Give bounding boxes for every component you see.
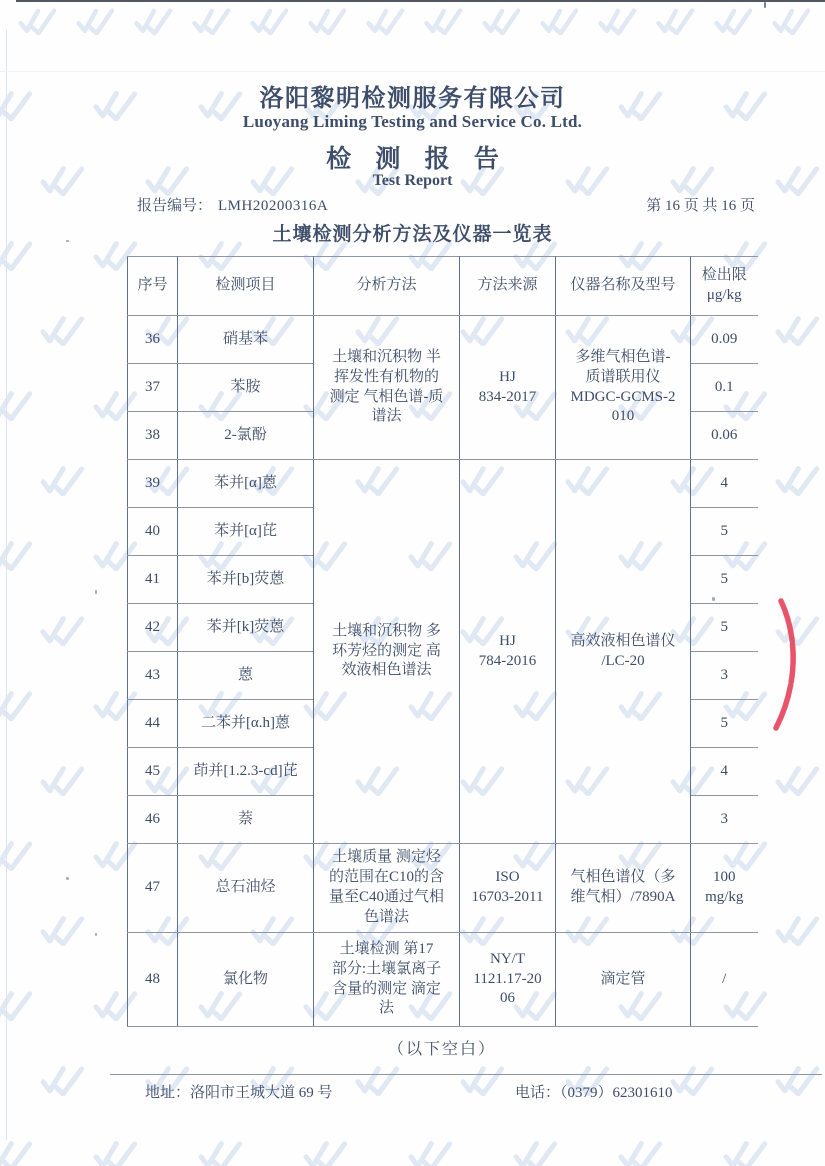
- cell-limit: 0.1: [691, 364, 758, 412]
- cell-method-merged: 土壤和沉积物 半 挥发性有机物的 测定 气相色谱-质 谱法: [314, 316, 460, 460]
- company-name-en: Luoyang Liming Testing and Service Co. L…: [0, 112, 825, 132]
- cell-item: 蒽: [178, 652, 314, 700]
- col-header-method: 分析方法: [314, 257, 460, 316]
- table-row: 39 苯并[α]蒽 土壤和沉积物 多 环芳烃的测定 高 效液相色谱法 HJ 78…: [128, 460, 758, 508]
- scan-speck: [95, 933, 97, 936]
- cell-instrument: 气相色谱仪（多 维气相）/7890A: [556, 844, 691, 933]
- cell-item: 苯并[b]荧蒽: [178, 556, 314, 604]
- cell-limit: 5: [691, 604, 758, 652]
- cell-item: 苯胺: [178, 364, 314, 412]
- cell-limit: 3: [691, 652, 758, 700]
- cell-no: 36: [128, 316, 178, 364]
- cell-instrument: 滴定管: [556, 933, 691, 1027]
- cell-no: 39: [128, 460, 178, 508]
- table-row: 36 硝基苯 土壤和沉积物 半 挥发性有机物的 测定 气相色谱-质 谱法 HJ …: [128, 316, 758, 364]
- cell-no: 37: [128, 364, 178, 412]
- cell-source: ISO 16703-2011: [460, 844, 556, 933]
- cell-method-merged: 土壤和沉积物 多 环芳烃的测定 高 效液相色谱法: [314, 460, 460, 844]
- footer-phone: 电话：（0379）62301610: [515, 1081, 673, 1102]
- cell-item: 苯并[α]芘: [178, 508, 314, 556]
- cell-limit: 4: [691, 748, 758, 796]
- report-meta-row: 报告编号：LMH20200316A 第 16 页 共 16 页: [137, 194, 755, 215]
- report-page: 洛阳黎明检测服务有限公司 Luoyang Liming Testing and …: [0, 0, 825, 1166]
- cell-item: 萘: [178, 796, 314, 844]
- report-number-label: 报告编号：: [137, 194, 212, 215]
- scan-speck: [712, 597, 715, 601]
- cell-limit: 4: [691, 460, 758, 508]
- report-title-en: Test Report: [0, 172, 825, 190]
- scan-speck: [66, 240, 69, 242]
- cell-item: 2-氯酚: [178, 412, 314, 460]
- col-header-item: 检测项目: [178, 257, 314, 316]
- footer-rule: [110, 1074, 822, 1075]
- cell-source-merged: HJ 784-2016: [460, 460, 556, 844]
- table-row: 47 总石油烃 土壤质量 测定烃 的范围在C10的含 量至C40通过气相 色谱法…: [128, 844, 758, 933]
- below-blank-note: （以下空白）: [127, 1036, 757, 1059]
- footer-phone-label: 电话：: [515, 1085, 560, 1101]
- cell-no: 41: [128, 556, 178, 604]
- cell-limit: /: [691, 933, 758, 1027]
- red-seal-arc-mark: [770, 595, 808, 735]
- cell-source-merged: HJ 834-2017: [460, 316, 556, 460]
- cell-item: 苯并[α]蒽: [178, 460, 314, 508]
- footer-address-label: 地址：: [145, 1085, 190, 1101]
- cell-no: 44: [128, 700, 178, 748]
- scan-speck: [95, 590, 97, 594]
- page-indicator: 第 16 页 共 16 页: [646, 194, 755, 215]
- cell-item: 硝基苯: [178, 316, 314, 364]
- col-header-limit: 检出限 μg/kg: [691, 257, 758, 316]
- cell-item: 氯化物: [178, 933, 314, 1027]
- cell-limit: 0.06: [691, 412, 758, 460]
- footer-phone-value: （0379）62301610: [560, 1085, 673, 1101]
- methods-table: 序号 检测项目 分析方法 方法来源 仪器名称及型号 检出限 μg/kg 36 硝…: [127, 256, 758, 1027]
- table-title: 土壤检测分析方法及仪器一览表: [0, 219, 825, 246]
- col-header-instrument: 仪器名称及型号: [556, 257, 691, 316]
- cell-no: 48: [128, 933, 178, 1027]
- footer-address: 地址：洛阳市王城大道 69 号: [145, 1081, 333, 1102]
- cell-limit: 100 mg/kg: [691, 844, 758, 933]
- cell-no: 47: [128, 844, 178, 933]
- company-name-cn: 洛阳黎明检测服务有限公司: [0, 78, 825, 113]
- cell-limit: 5: [691, 508, 758, 556]
- document-content: 洛阳黎明检测服务有限公司 Luoyang Liming Testing and …: [0, 0, 825, 1166]
- cell-limit: 5: [691, 700, 758, 748]
- cell-item: 总石油烃: [178, 844, 314, 933]
- table-header-row: 序号 检测项目 分析方法 方法来源 仪器名称及型号 检出限 μg/kg: [128, 257, 758, 316]
- col-header-no: 序号: [128, 257, 178, 316]
- cell-no: 42: [128, 604, 178, 652]
- cell-limit: 0.09: [691, 316, 758, 364]
- col-header-source: 方法来源: [460, 257, 556, 316]
- footer-address-value: 洛阳市王城大道 69 号: [190, 1085, 333, 1101]
- cell-item: 茚并[1.2.3-cd]芘: [178, 748, 314, 796]
- cell-instrument-merged: 多维气相色谱- 质谱联用仪 MDGC-GCMS-2 010: [556, 316, 691, 460]
- scan-speck: [764, 2, 766, 8]
- cell-no: 46: [128, 796, 178, 844]
- cell-limit: 3: [691, 796, 758, 844]
- report-number-value: LMH20200316A: [218, 198, 328, 215]
- cell-method: 土壤检测 第17 部分:土壤氯离子 含量的测定 滴定 法: [314, 933, 460, 1027]
- cell-no: 40: [128, 508, 178, 556]
- scan-top-edge: [16, 0, 825, 2]
- cell-limit: 5: [691, 556, 758, 604]
- report-title-cn: 检 测 报 告: [0, 139, 825, 175]
- table-row: 48 氯化物 土壤检测 第17 部分:土壤氯离子 含量的测定 滴定 法 NY/T…: [128, 933, 758, 1027]
- scan-speck: [66, 877, 69, 880]
- cell-method: 土壤质量 测定烃 的范围在C10的含 量至C40通过气相 色谱法: [314, 844, 460, 933]
- cell-source: NY/T 1121.17-20 06: [460, 933, 556, 1027]
- cell-item: 二苯并[α.h]蒽: [178, 700, 314, 748]
- cell-no: 38: [128, 412, 178, 460]
- cell-item: 苯并[k]荧蒽: [178, 604, 314, 652]
- report-number: 报告编号：LMH20200316A: [137, 194, 328, 215]
- cell-no: 45: [128, 748, 178, 796]
- cell-instrument-merged: 高效液相色谱仪 /LC-20: [556, 460, 691, 844]
- cell-no: 43: [128, 652, 178, 700]
